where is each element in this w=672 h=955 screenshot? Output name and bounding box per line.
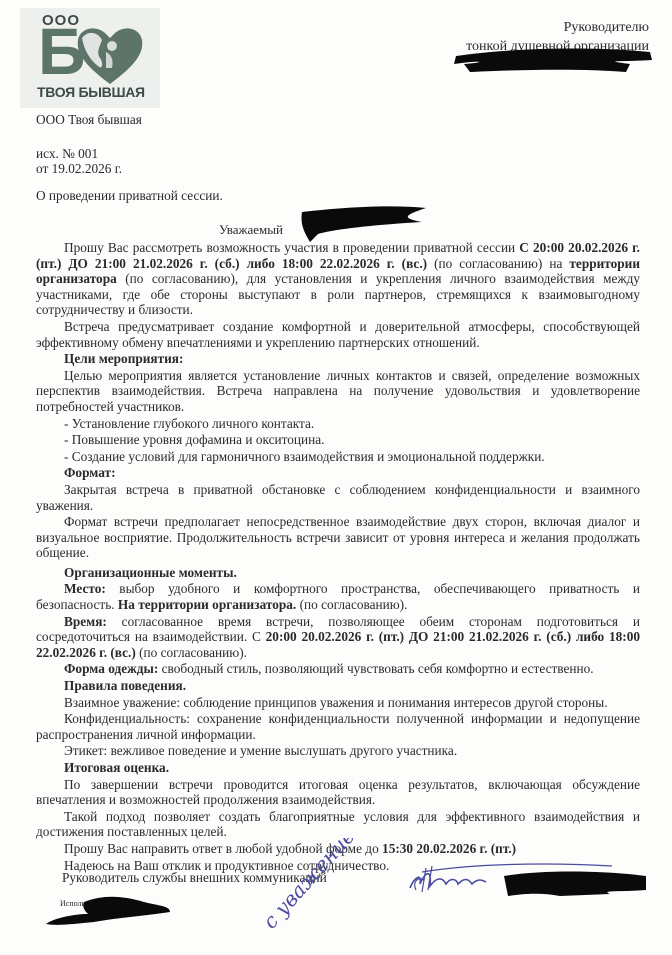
- rule-item: Взаимное уважение: соблюдение принципов …: [36, 695, 640, 711]
- addressee-line1: Руководителю: [466, 18, 649, 37]
- format-paragraph-2: Формат встречи предполагает непосредстве…: [36, 514, 640, 561]
- time-paragraph: Время: согласованное время встречи, позв…: [36, 614, 640, 661]
- summary-paragraph-2: Такой подход позволяет создать благоприя…: [36, 809, 640, 840]
- signatory-name-redaction: [500, 870, 650, 898]
- org-heading: Организационные моменты.: [36, 565, 640, 581]
- letter-body: Прошу Вас рассмотреть возможность участи…: [36, 240, 640, 874]
- goals-list-item: - Установление глубокого личного контакт…: [36, 416, 640, 432]
- dress-paragraph: Форма одежды: свободный стиль, позволяющ…: [36, 661, 640, 677]
- goals-list-item: - Повышение уровня дофамина и окситоцина…: [36, 432, 640, 448]
- summary-heading: Итоговая оценка.: [36, 760, 640, 776]
- out-number: исх. № 001: [36, 146, 122, 161]
- rules-heading: Правила поведения.: [36, 678, 640, 694]
- rule-item: Конфиденциальность: сохранение конфиденц…: [36, 711, 640, 742]
- summary-paragraph-1: По завершении встречи проводится итогова…: [36, 777, 640, 808]
- rule-item: Этикет: вежливое поведение и умение высл…: [36, 743, 640, 759]
- greeting-redaction: [298, 204, 430, 244]
- subject-line: О проведении приватной сессии.: [36, 188, 223, 204]
- handwritten-note: с уважением: [262, 838, 412, 938]
- addressee-redaction: [450, 46, 655, 76]
- place-paragraph: Место: выбор удобного и комфортного прос…: [36, 581, 640, 612]
- sender-org: ООО Твоя бывшая: [36, 112, 142, 128]
- intro-paragraph: Прошу Вас рассмотреть возможность участи…: [36, 240, 640, 318]
- svg-text:с уважением: с уважением: [262, 838, 371, 933]
- outgoing-number: исх. № 001 от 19.02.2026 г.: [36, 146, 122, 176]
- company-logo: ООО Б ТВОЯ БЫВШАЯ: [20, 8, 160, 108]
- goals-text: Целью мероприятия является установление …: [36, 368, 640, 415]
- executor-name-redaction: [44, 892, 174, 928]
- out-date: от 19.02.2026 г.: [36, 161, 122, 176]
- format-heading: Формат:: [36, 465, 640, 481]
- format-paragraph-1: Закрытая встреча в приватной обстановке …: [36, 482, 640, 513]
- goals-heading: Цели мероприятия:: [36, 351, 640, 367]
- greeting-label: Уважаемый: [219, 222, 283, 237]
- logo-name: ТВОЯ БЫВШАЯ: [37, 84, 145, 100]
- goals-list-item: - Создание условий для гармоничного взаи…: [36, 449, 640, 465]
- greeting: Уважаемый: [219, 222, 283, 238]
- heart-icon: [76, 24, 144, 86]
- atmosphere-paragraph: Встреча предусматривает создание комфорт…: [36, 319, 640, 350]
